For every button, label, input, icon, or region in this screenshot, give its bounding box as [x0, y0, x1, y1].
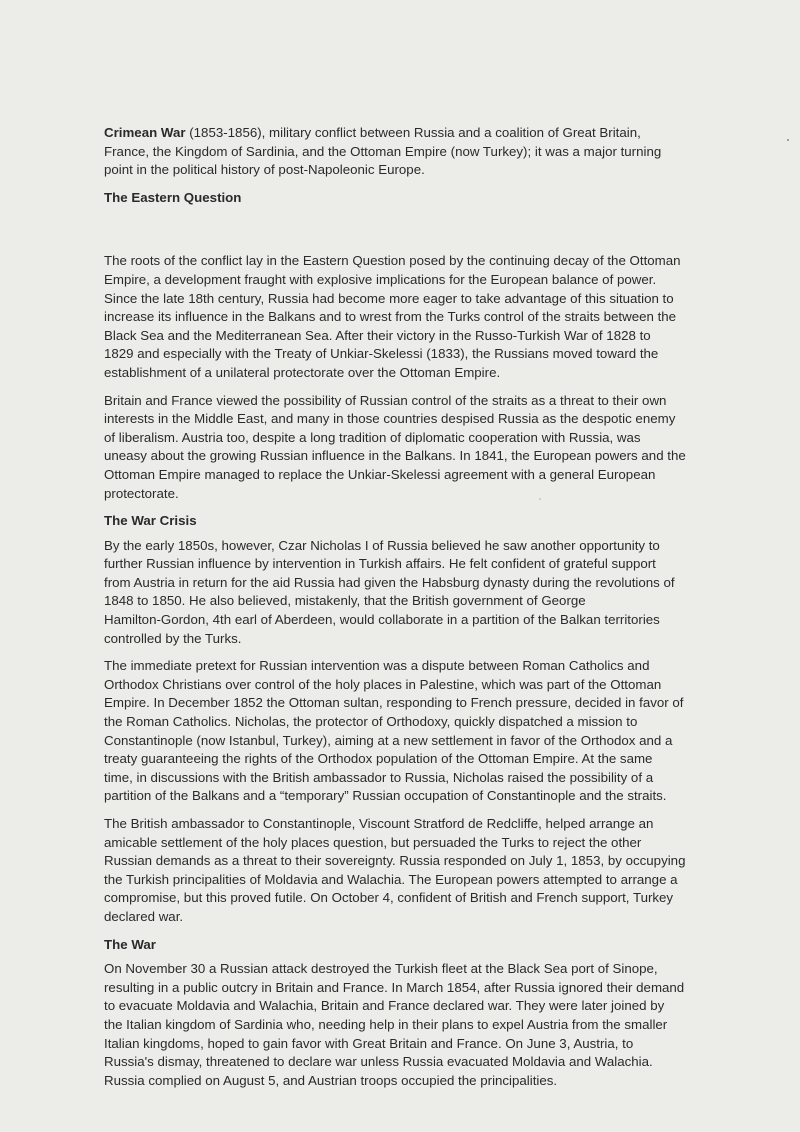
paper-speck — [787, 139, 789, 141]
paragraph-line: Black Sea and the Mediterranean Sea. Aft… — [104, 327, 704, 346]
paragraph-line: Britain and France viewed the possibilit… — [104, 392, 704, 411]
paragraph-line: treaty guaranteeing the rights of the Or… — [104, 750, 704, 769]
intro-line: Crimean War (1853-1856), military confli… — [104, 124, 704, 143]
paragraph-line: uneasy about the growing Russian influen… — [104, 447, 704, 466]
paragraph-line: Constantinople (now Istanbul, Turkey), a… — [104, 732, 704, 751]
paragraph-line: from Austria in return for the aid Russi… — [104, 574, 704, 593]
paragraph-line: 1829 and especially with the Treaty of U… — [104, 345, 704, 364]
paragraph-line: establishment of a unilateral protectora… — [104, 364, 704, 383]
sections: The Eastern QuestionThe roots of the con… — [104, 189, 704, 1091]
body-paragraph: By the early 1850s, however, Czar Nichol… — [104, 537, 704, 649]
paragraph-line: the Turkish principalities of Moldavia a… — [104, 871, 704, 890]
paragraph-line: the Italian kingdom of Sardinia who, nee… — [104, 1016, 704, 1035]
section-heading: The War — [104, 936, 704, 955]
intro-paragraph: Crimean War (1853-1856), military confli… — [104, 124, 704, 180]
paragraph-line: Russia complied on August 5, and Austria… — [104, 1072, 704, 1091]
article-title-term: Crimean War — [104, 125, 186, 140]
paragraph-line: By the early 1850s, however, Czar Nichol… — [104, 537, 704, 556]
paragraph-line: compromise, but this proved futile. On O… — [104, 889, 704, 908]
paragraph-line: the Roman Catholics. Nicholas, the prote… — [104, 713, 704, 732]
paragraph-line: to evacuate Moldavia and Walachia, Brita… — [104, 997, 704, 1016]
paragraph-line: interests in the Middle East, and many i… — [104, 410, 704, 429]
body-paragraph: The British ambassador to Constantinople… — [104, 815, 704, 927]
paragraph-line: amicable settlement of the holy places q… — [104, 834, 704, 853]
body-paragraph: The immediate pretext for Russian interv… — [104, 657, 704, 806]
paragraph-line: 1848 to 1850. He also believed, mistaken… — [104, 592, 704, 611]
paper-speck — [539, 498, 541, 500]
paragraph-line: time, in discussions with the British am… — [104, 769, 704, 788]
paragraph-line: Empire, a development fraught with explo… — [104, 271, 704, 290]
document-page: Crimean War (1853-1856), military confli… — [104, 124, 704, 1099]
paragraph-line: Italian kingdoms, hoped to gain favor wi… — [104, 1035, 704, 1054]
paragraph-line: protectorate. — [104, 485, 704, 504]
paragraph-line: The immediate pretext for Russian interv… — [104, 657, 704, 676]
paragraph-line: The roots of the conflict lay in the Eas… — [104, 252, 704, 271]
paragraph-line: further Russian influence by interventio… — [104, 555, 704, 574]
paragraph-line: partition of the Balkans and a “temporar… — [104, 787, 704, 806]
paragraph-line: The British ambassador to Constantinople… — [104, 815, 704, 834]
section-heading: The Eastern Question — [104, 189, 704, 208]
paragraph-line: controlled by the Turks. — [104, 630, 704, 649]
paragraph-line: declared war. — [104, 908, 704, 927]
paragraph-line: Since the late 18th century, Russia had … — [104, 290, 704, 309]
body-paragraph: On November 30 a Russian attack destroye… — [104, 960, 704, 1090]
paragraph-line: Orthodox Christians over control of the … — [104, 676, 704, 695]
paragraph-line: of liberalism. Austria too, despite a lo… — [104, 429, 704, 448]
body-paragraph: Britain and France viewed the possibilit… — [104, 392, 704, 504]
intro-line: France, the Kingdom of Sardinia, and the… — [104, 143, 704, 162]
paragraph-line: Russia's dismay, threatened to declare w… — [104, 1053, 704, 1072]
section-heading: The War Crisis — [104, 512, 704, 531]
paragraph-line: increase its influence in the Balkans an… — [104, 308, 704, 327]
paragraph-line: Hamilton-Gordon, 4th earl of Aberdeen, w… — [104, 611, 704, 630]
intro-line: point in the political history of post-N… — [104, 161, 704, 180]
paragraph-line: Russian demands as a threat to their sov… — [104, 852, 704, 871]
paragraph-line: Empire. In December 1852 the Ottoman sul… — [104, 694, 704, 713]
paragraph-line: resulting in a public outcry in Britain … — [104, 979, 704, 998]
body-paragraph: The roots of the conflict lay in the Eas… — [104, 252, 704, 382]
paragraph-line: On November 30 a Russian attack destroye… — [104, 960, 704, 979]
paragraph-line: Ottoman Empire managed to replace the Un… — [104, 466, 704, 485]
